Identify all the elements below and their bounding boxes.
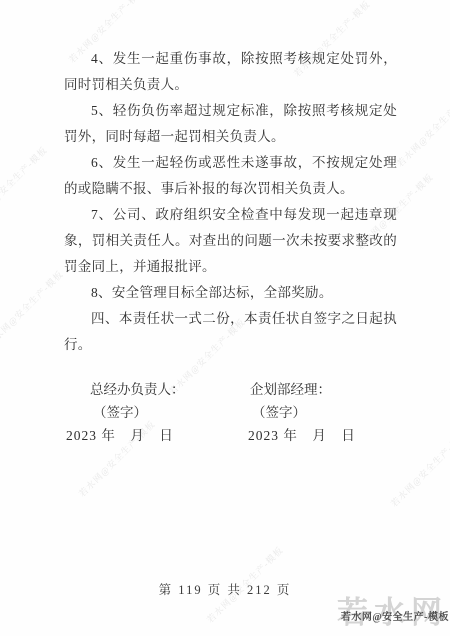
watermark-text: 若水网@安全生产-模板 [394,87,450,169]
signature-right: 企划部经理： （签字） 2023 年 月 日 [248,378,356,447]
document-page: 若水网@安全生产-模板若水网@安全生产-模板若水网@安全生产-模板若水网@安全生… [0,0,450,636]
clause-item-6: 6、发生一起轻伤或恶性未遂事故，不按规定处理的或隐瞒不报、事后补报的每次罚相关负… [64,150,397,202]
watermark-text: 若水网@安全生产-模板 [0,267,66,349]
clause-item-7: 7、公司、政府组织安全检查中每发现一起违章现象，罚相关责任人。对查出的问题一次未… [64,202,397,280]
clause-item-8: 8、安全管理目标全部达标，全部奖励。 [64,280,397,306]
signature-placeholder: （签字） [64,401,185,424]
signature-left: 总经办负责人： （签字） 2023 年 月 日 [64,378,185,447]
watermark-text: 若水网@安全生产-模板 [0,143,50,225]
signature-block: 总经办负责人： （签字） 2023 年 月 日 企划部经理： （签字） 2023… [64,378,397,456]
signer-title: 企划部经理： [248,378,356,401]
clause-item-5: 5、轻伤负伤率超过规定标准，除按照考核规定处罚外，同时每超一起罚相关负责人。 [64,98,397,150]
signature-date: 2023 年 月 日 [248,424,356,447]
site-logo-watermark: 若水网@安全生产-模板 [341,608,449,623]
site-logo: 若水网 若水网@安全生产-模板 [332,594,450,628]
signature-date: 2023 年 月 日 [64,424,185,447]
signature-placeholder: （签字） [248,401,356,424]
document-body: 4、发生一起重伤事故，除按照考核规定处罚外，同时罚相关负责人。 5、轻伤负伤率超… [64,46,397,456]
signer-title: 总经办负责人： [64,378,185,401]
clause-section-4: 四、本责任状一式二份，本责任状自签字之日起执行。 [64,306,397,358]
clause-item-4: 4、发生一起重伤事故，除按照考核规定处罚外，同时罚相关负责人。 [64,46,397,98]
